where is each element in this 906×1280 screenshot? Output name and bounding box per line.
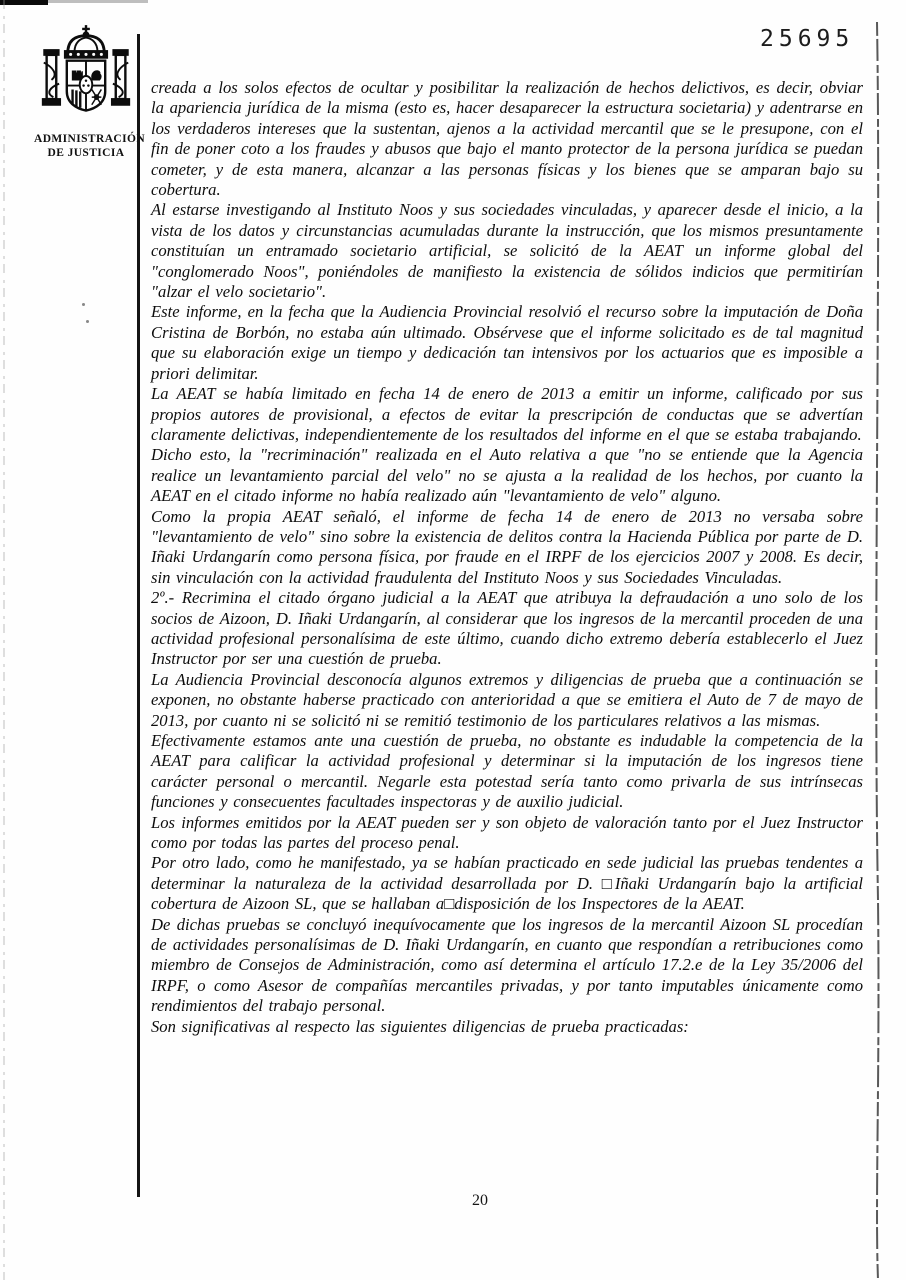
org-name-line2: DE JUSTICIA xyxy=(34,146,138,160)
paragraph: Por otro lado, como he manifestado, ya s… xyxy=(151,853,863,914)
margin-rule xyxy=(137,34,140,1197)
scan-speck xyxy=(86,320,89,323)
folio-stamp-number: 25695 xyxy=(760,26,890,52)
paragraph: La Audiencia Provincial desconocía algun… xyxy=(151,670,863,731)
paragraph: Son significativas al respecto las sigui… xyxy=(151,1017,863,1037)
scan-artifact-top-bar-faint xyxy=(48,0,148,3)
paragraph: De dichas pruebas se concluyó inequívoca… xyxy=(151,915,863,1017)
scan-artifact-top-bar xyxy=(0,0,48,5)
coat-of-arms-icon xyxy=(38,24,134,128)
justice-administration-header: ADMINISTRACIÓN DE JUSTICIA xyxy=(34,24,138,160)
paragraph: Efectivamente estamos ante una cuestión … xyxy=(151,731,863,813)
org-name-line1: ADMINISTRACIÓN xyxy=(34,132,138,146)
scan-speck xyxy=(82,303,85,306)
scanned-court-document-page: ADMINISTRACIÓN DE JUSTICIA 25695 creada … xyxy=(0,0,906,1280)
paragraph: Los informes emitidos por la AEAT pueden… xyxy=(151,813,863,854)
paragraph: Como la propia AEAT señaló, el informe d… xyxy=(151,507,863,589)
page-number: 20 xyxy=(130,1192,830,1210)
paragraph: Este informe, en la fecha que la Audienc… xyxy=(151,302,863,384)
paragraph: Al estarse investigando al Instituto Noo… xyxy=(151,200,863,302)
paragraph: 2º.- Recrimina el citado órgano judicial… xyxy=(151,588,863,670)
paragraph: La AEAT se había limitado en fecha 14 de… xyxy=(151,384,863,445)
paragraph: creada a los solos efectos de ocultar y … xyxy=(151,78,863,200)
paragraph: Dicho esto, la "recriminación" realizada… xyxy=(151,445,863,506)
document-body: creada a los solos efectos de ocultar y … xyxy=(151,78,863,1037)
